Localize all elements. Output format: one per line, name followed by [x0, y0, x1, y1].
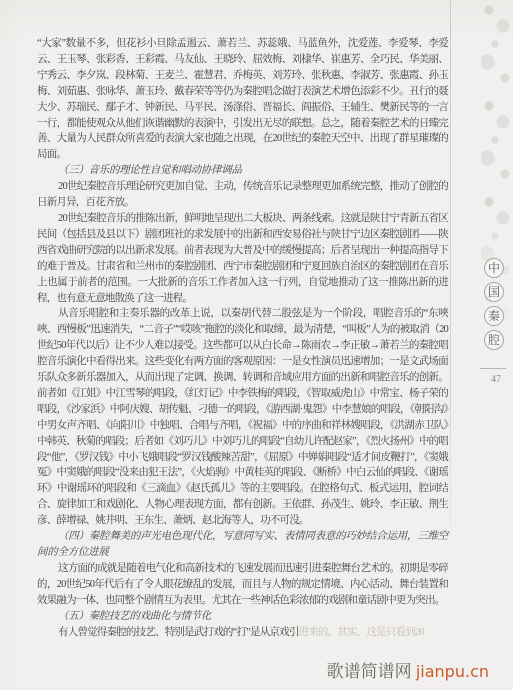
section-heading: （三）音乐的理论性自觉和唱动协律调品 [37, 163, 448, 179]
body-paragraph: “大家”数量不多，但花衫小旦除孟遏云、萧若兰、苏蕊娥、马蓝鱼外，沈爱莲、李爱琴、… [37, 36, 448, 163]
watermark-site-url: jianpu.cn [416, 662, 489, 681]
body-paragraph: 这方面的成就是随着电气化和高新技术的飞速发展而迅速引进秦腔舞台艺术的。初期是零碎… [37, 561, 448, 609]
margin-divider-rule [450, 0, 451, 575]
body-paragraph: 从音乐唱腔和主奏乐器的改革上说，以秦胡代替二股弦是为一个阶段，唱腔音乐的“东唊唊… [37, 306, 448, 529]
title-char-circle: 腔 [484, 330, 504, 350]
title-char-circle: 国 [484, 282, 504, 302]
vertical-book-title: 中国秦腔 [482, 258, 506, 350]
book-page: “大家”数量不多，但花衫小旦除孟遏云、萧若兰、苏蕊娥、马蓝鱼外，沈爱莲、李爱琴、… [0, 0, 513, 690]
watermark-site-name: 歌谱简谱网 [327, 662, 412, 681]
page-number: 47 [486, 374, 506, 385]
body-paragraph: 20世纪秦腔音乐理论研究更加自觉、主动，传统音乐记录整理更加系统完整，推动了创腔… [37, 179, 448, 211]
body-text-block: “大家”数量不多，但花衫小旦除孟遏云、萧若兰、苏蕊娥、马蓝鱼外，沈爱莲、李爱琴、… [37, 36, 448, 640]
body-paragraph: 有人曾觉得秦腔的技艺、特别是武打戏的“打”是从京戏引进来的。其实，这是只看到20 [37, 625, 448, 641]
title-char-circle: 中 [484, 258, 504, 278]
faded-text-tail: 进来的。其实，这是只看到20 [299, 627, 424, 638]
title-char-circle: 秦 [484, 306, 504, 326]
body-paragraph: 20世纪秦腔音乐的推陈出新，鲜明地呈现出二大板块、两条线索。这就是陕甘宁青新五省… [37, 211, 448, 306]
section-heading: （四）秦腔舞美的声光电色现代化，写意同写实、表情同表意的巧妙结合运用，三维空间的… [37, 529, 448, 561]
section-heading: （五）秦腔技艺的戏曲化与情节化 [37, 609, 448, 625]
folio-divider [480, 368, 506, 369]
watermark: 歌谱简谱网 jianpu.cn [327, 657, 489, 682]
